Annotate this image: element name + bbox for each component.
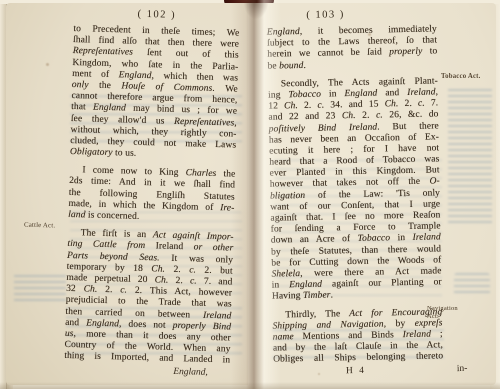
margin-note-cattle-act: Cattle Act. [24, 222, 55, 230]
bleed-through-smudge [448, 87, 492, 227]
right-page: ( 103 ) England, it becomes immediatelyſ… [248, 3, 496, 385]
margin-note-navigation-act: Navigation Act. [427, 305, 471, 320]
signature-mark: H 4 [346, 366, 366, 376]
page-number-102: ( 102 ) [74, 7, 240, 26]
catchword-left: England, [64, 364, 230, 379]
left-page-body: to Precedent in theſe times; Weſhall fin… [64, 24, 239, 367]
paragraph: Secondly, The Acts againſt Plant-ing Tob… [268, 76, 442, 303]
paragraph: Thirdly, The Act for EncouragingShipping… [272, 307, 443, 366]
page-number-103: ( 103 ) [240, 8, 410, 25]
text-line: Obliges all Ships belonging thereto [273, 352, 443, 366]
text-line: be bound. [267, 58, 437, 72]
paragraph: to Precedent in theſe times; Weſhall fin… [70, 24, 240, 163]
age-spot [46, 63, 49, 66]
book-photo: ( 102 ) to Precedent in theſe times; Weſ… [0, 0, 500, 389]
right-page-text: ( 103 ) England, it becomes immediatelyſ… [266, 7, 443, 380]
book-edge-bottom [0, 382, 500, 389]
catchword-right: in- [457, 364, 468, 374]
paragraph: I come now to King Charles the2ds time: … [68, 165, 235, 226]
text-line: Having Timber. [272, 289, 442, 303]
bleed-through-smudge [14, 271, 66, 305]
right-page-body: England, it becomes immediatelyſubject t… [267, 24, 443, 366]
right-page-footer: H 4 in- [273, 365, 443, 380]
paragraph: England, it becomes immediatelyſubject t… [267, 24, 438, 72]
left-page: ( 102 ) to Precedent in theſe times; Weſ… [6, 3, 248, 385]
paragraph: The firſt is an Act againſt Impor-ting C… [64, 228, 234, 367]
margin-note-tobacco-act: Tobacco Act. [441, 73, 500, 80]
bleed-through-smudge [454, 273, 490, 297]
left-page-text: ( 102 ) to Precedent in theſe times; Weſ… [64, 7, 240, 379]
